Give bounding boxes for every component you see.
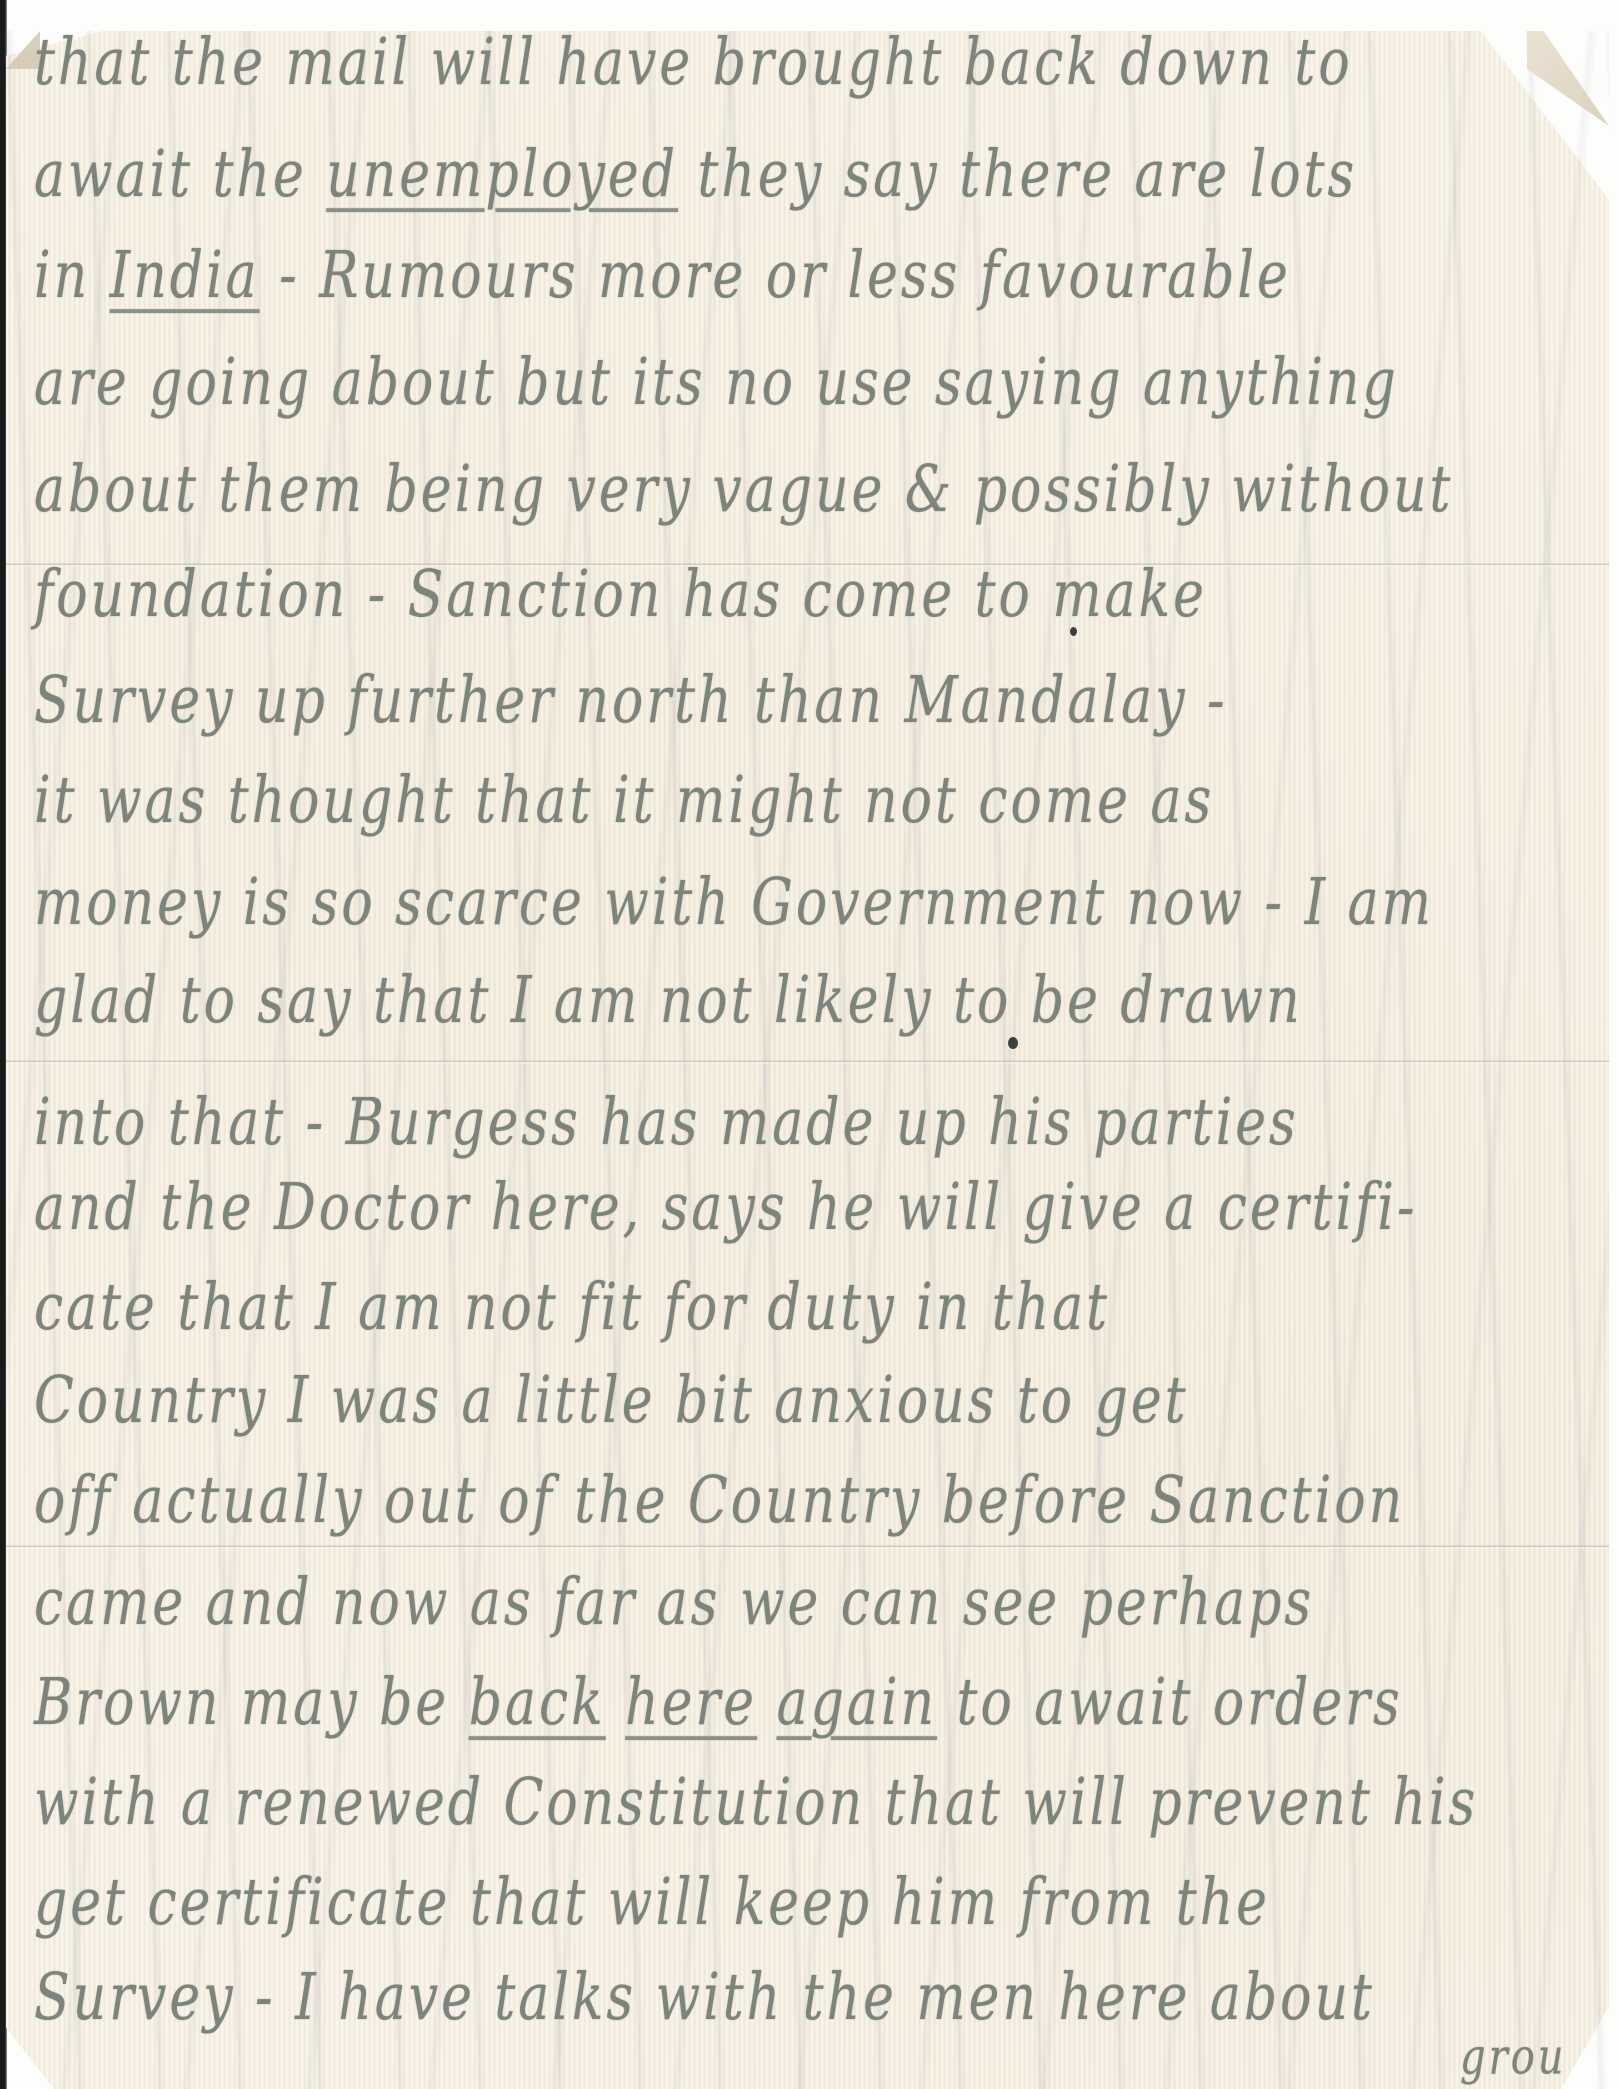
handwritten-line: Country I was a little bit anxious to ge… [34,1363,1594,1438]
handwritten-line: are going about but its no use saying an… [34,345,1594,420]
handwritten-line: came and now as far as we can see perhap… [34,1565,1594,1640]
line-text: await the unemployed they say there are … [34,137,1357,212]
ink-blot [1008,1037,1018,1049]
handwritten-line: off actually out of the Country before S… [34,1463,1594,1538]
handwritten-line: that the mail will have brought back dow… [34,25,1594,100]
page-tail-fragment: grou [1460,2029,1610,2087]
scanner-edge-shadow [0,0,7,2089]
fold-line-2 [6,1060,1609,1064]
fold-line-3 [6,1545,1609,1549]
handwritten-line: Survey up further north than Mandalay - [34,663,1594,738]
handwritten-line: glad to say that I am not likely to be d… [34,963,1594,1038]
handwritten-line: await the unemployed they say there are … [34,137,1594,212]
handwritten-line: and the Doctor here, says he will give a… [34,1170,1594,1245]
underlined-word: again [777,1665,937,1740]
handwritten-line: foundation - Sanction has come to make [34,557,1594,632]
handwritten-line: get certificate that will keep him from … [34,1865,1594,1940]
handwritten-line: money is so scarce with Government now -… [34,865,1594,940]
underlined-word: here [625,1665,757,1740]
underlined-word: unemployed [326,137,678,212]
underlined-word: India [110,238,260,313]
handwritten-line: Survey - I have talks with the men here … [34,1960,1594,2035]
handwritten-line: into that - Burgess has made up his part… [34,1085,1594,1160]
handwritten-line: about them being very vague & possibly w… [34,452,1594,527]
handwritten-line: in India - Rumours more or less favourab… [34,238,1594,313]
underlined-word: back [469,1665,606,1740]
handwritten-line: with a renewed Constitution that will pr… [34,1765,1594,1840]
handwritten-line: Brown may be back here again to await or… [34,1665,1594,1740]
handwritten-line: cate that I am not fit for duty in that [34,1270,1594,1345]
handwritten-line: it was thought that it might not come as [34,763,1594,838]
ink-blot [1070,627,1077,636]
